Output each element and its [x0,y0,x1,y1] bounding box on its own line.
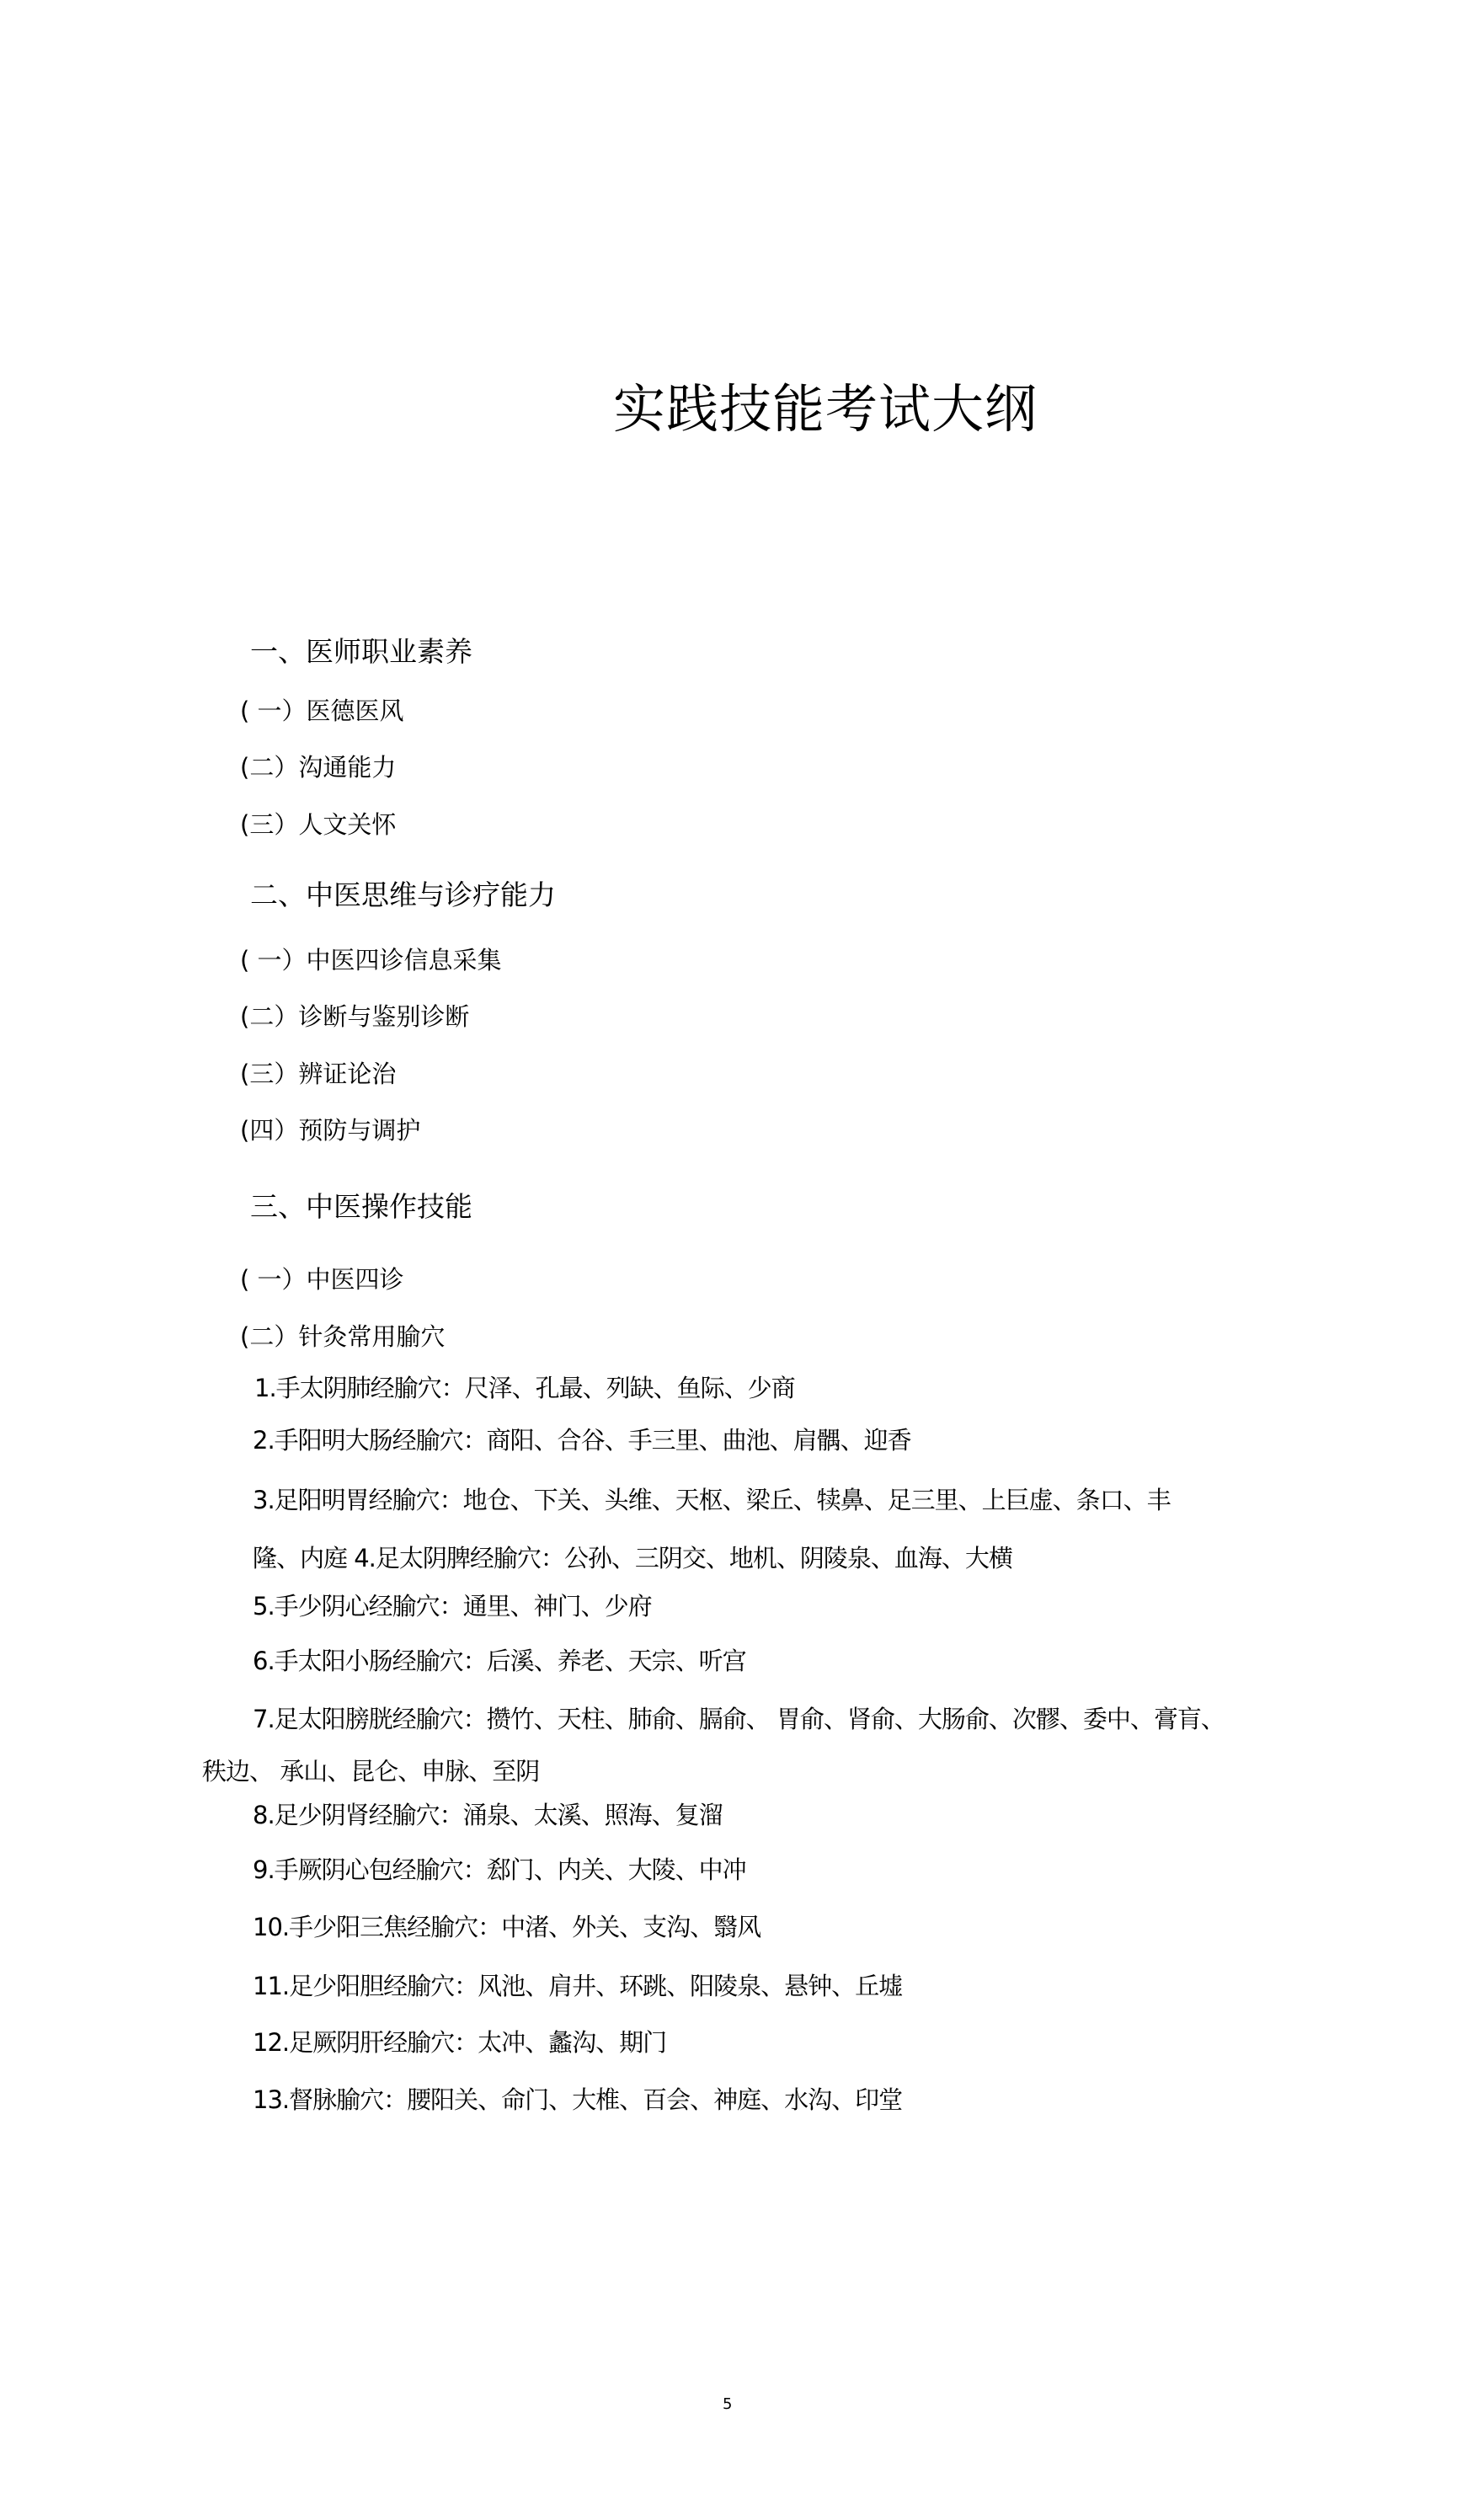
subsection-2-2: (二）诊断与鉴别诊断 [240,1005,469,1029]
acupoint-line-7: 7.足太阳膀胱经腧穴：攒竹、天柱、肺俞、膈俞、 胃俞、肾俞、大肠俞、次髎、委中、… [253,1707,1225,1732]
subsection-3-1: ( 一）中医四诊 [240,1268,404,1292]
acupoint-line-3-cont: 隆、内庭 4.足太阴脾经腧穴：公孙、三阴交、地机、阴陵泉、血海、大横 [253,1546,1012,1571]
acupoint-line-11: 11.足少阳胆经腧穴：风池、肩井、环跳、阳陵泉、悬钟、丘墟 [253,1974,902,1999]
acupoint-line-7-cont: 秩边、 承山、昆仑、申脉、至阴 [202,1759,539,1784]
subsection-2-4: (四）预防与调护 [240,1119,420,1143]
subsection-3-2: (二）针灸常用腧穴 [240,1325,445,1349]
subsection-1-1: ( 一）医德医风 [240,699,404,723]
subsection-1-2: (二）沟通能力 [240,755,396,780]
acupoint-line-3: 3.足阳明胃经腧穴：地仓、下关、头维、天枢、梁丘、犊鼻、足三里、上巨虚、条口、丰 [253,1488,1171,1513]
acupoint-line-13: 13.督脉腧穴：腰阳关、命门、大椎、百会、神庭、水沟、印堂 [253,2088,902,2112]
acupoint-line-1: 1.手太阴肺经腧穴：尺泽、孔最、列缺、鱼际、少商 [254,1376,795,1401]
acupoint-line-2: 2.手阳明大肠经腧穴：商阳、合谷、手三里、曲池、肩髃、迎香 [253,1428,911,1453]
acupoint-line-12: 12.足厥阴肝经腧穴：太冲、蠡沟、期门 [253,2031,666,2055]
section-heading-2: 二、中医思维与诊疗能力 [250,881,556,909]
subsection-2-1: ( 一）中医四诊信息采集 [240,948,502,973]
acupoint-line-9: 9.手厥阴心包经腧穴：郄门、内关、大陵、中冲 [253,1858,746,1882]
subsection-2-3: (三）辨证论治 [240,1062,396,1086]
acupoint-line-6: 6.手太阳小肠经腧穴：后溪、养老、天宗、听宫 [253,1649,746,1674]
section-heading-3: 三、中医操作技能 [250,1193,472,1220]
section-heading-1: 一、医师职业素养 [250,638,472,665]
subsection-1-3: (三）人文关怀 [240,813,396,837]
page-number: 5 [723,2397,732,2412]
acupoint-line-10: 10.手少阳三焦经腧穴：中渚、外关、支沟、翳风 [253,1915,761,1940]
acupoint-line-8: 8.足少阴肾经腧穴：涌泉、太溪、照海、复溜 [253,1803,723,1828]
page-title: 实践技能考试大纲 [0,383,1473,435]
acupoint-line-5: 5.手少阴心经腧穴：通里、神门、少府 [253,1594,652,1619]
